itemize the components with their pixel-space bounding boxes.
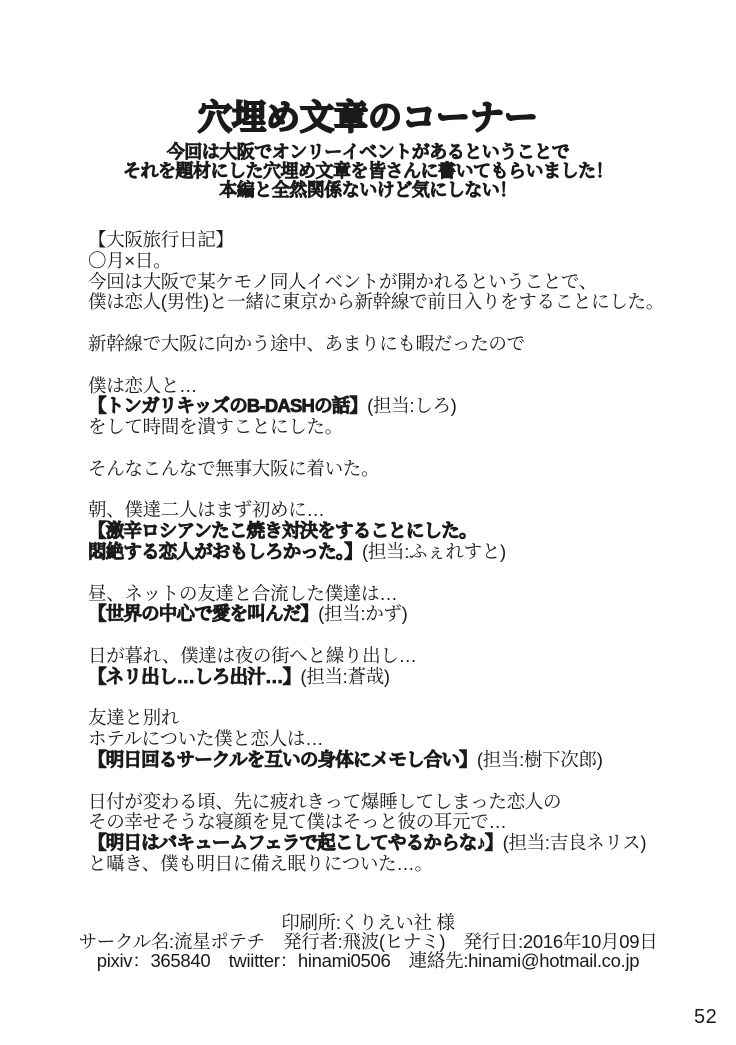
intro-line: 今回は大阪でオンリーイベントがあるということで (0, 143, 736, 162)
narration-text: をして時間を潰すことにした。 (88, 416, 343, 437)
narration-text: そんなこんなで無事大阪に着いた。 (88, 458, 379, 479)
narration-text: (担当:かず) (318, 603, 407, 624)
footer-line: サークル名:流星ポテチ 発行者:飛波(ヒナミ) 発行日:2016年10月09日 (0, 932, 736, 951)
intro-line: 本編と全然関係ないけど気にしない！ (0, 181, 736, 200)
blank-line (88, 625, 688, 646)
text-line: 【激辛ロシアンたこ焼き対決をすることにした。 (88, 521, 688, 542)
narration-text: 日が暮れ、僕達は夜の街へと繰り出し… (88, 645, 417, 666)
intro-lines: 今回は大阪でオンリーイベントがあるということでそれを題材にした穴埋め文章を皆さん… (0, 143, 736, 200)
footer-line: 印刷所:くりえい社 様 (0, 913, 736, 932)
blank-line (88, 438, 688, 459)
fill-in-phrase: 【明日回るサークルを互いの身体にメモし合い】 (88, 749, 477, 770)
text-line: 友達と別れ (88, 708, 688, 729)
narration-text: (担当:樹下次郎) (477, 749, 603, 770)
text-line: ホテルについた僕と恋人は… (88, 729, 688, 750)
narration-text: (担当:しろ) (367, 395, 456, 416)
page-number: 52 (694, 1006, 717, 1029)
blank-line (88, 480, 688, 501)
text-line: 悶絶する恋人がおもしろかった。】(担当:ふぇれすと) (88, 542, 688, 563)
fill-in-phrase: 【激辛ロシアンたこ焼き対決をすることにした。 (88, 520, 477, 541)
fill-in-phrase: 【世界の中心で愛を叫んだ】 (88, 603, 318, 624)
intro-line: それを題材にした穴埋め文章を皆さんに書いてもらいました！ (0, 162, 736, 181)
blank-line (88, 355, 688, 376)
blank-line (88, 313, 688, 334)
narration-text: ホテルについた僕と恋人は… (88, 728, 323, 749)
text-line: 【大阪旅行日記】 (88, 230, 688, 251)
narration-text: 〇月×日。 (88, 250, 171, 271)
text-line: 今回は大阪で某ケモノ同人イベントが開かれるということで、 (88, 272, 688, 293)
narration-text: 【大阪旅行日記】 (88, 229, 234, 250)
narration-text: 友達と別れ (88, 707, 179, 728)
blank-line (88, 563, 688, 584)
narration-text: 昼、ネットの友達と合流した僕達は… (88, 583, 397, 604)
text-line: 朝、僕達二人はまず初めに… (88, 500, 688, 521)
narration-text: 日付が変わる頃、先に疲れきって爆睡してしまった恋人の (88, 791, 561, 812)
text-line: その幸せそうな寝顔を見て僕はそっと彼の耳元で… (88, 812, 688, 833)
text-line: 新幹線で大阪に向かう途中、あまりにも暇だったので (88, 334, 688, 355)
credits-footer: 印刷所:くりえい社 様サークル名:流星ポテチ 発行者:飛波(ヒナミ) 発行日:2… (0, 913, 736, 970)
text-line: 【トンガリキッズのB-DASHの話】(担当:しろ) (88, 396, 688, 417)
page-header: 穴埋め文章のコーナー 今回は大阪でオンリーイベントがあるということでそれを題材に… (0, 98, 736, 200)
fill-in-phrase: 【明日はバキュームフェラで起こしてやるからな♪】 (88, 832, 503, 853)
body-text: 【大阪旅行日記】〇月×日。今回は大阪で某ケモノ同人イベントが開かれるということで… (88, 230, 688, 875)
scanned-doujin-page: 穴埋め文章のコーナー 今回は大阪でオンリーイベントがあるということでそれを題材に… (0, 0, 736, 1045)
narration-text: 僕は恋人と… (88, 375, 197, 396)
narration-text: その幸せそうな寝顔を見て僕はそっと彼の耳元で… (88, 811, 507, 832)
fill-in-phrase: 悶絶する恋人がおもしろかった。】 (88, 541, 362, 562)
narration-text: と囁き、僕も明日に備え眠りについた…。 (88, 853, 433, 874)
text-line: そんなこんなで無事大阪に着いた。 (88, 459, 688, 480)
fill-in-phrase: 【ネリ出し…しろ出汁…】 (88, 666, 300, 687)
text-line: 【明日はバキュームフェラで起こしてやるからな♪】(担当:吉良ネリス) (88, 833, 688, 854)
narration-text: (担当:吉良ネリス) (503, 832, 647, 853)
footer-lines: 印刷所:くりえい社 様サークル名:流星ポテチ 発行者:飛波(ヒナミ) 発行日:2… (0, 913, 736, 970)
page-title: 穴埋め文章のコーナー (0, 98, 736, 138)
narration-text: (担当:蒼哉) (300, 666, 389, 687)
narration-text: 僕は恋人(男性)と一緒に東京から新幹線で前日入りをすることにした。 (88, 291, 664, 312)
text-line: 僕は恋人(男性)と一緒に東京から新幹線で前日入りをすることにした。 (88, 292, 688, 313)
text-line: 〇月×日。 (88, 251, 688, 272)
narration-text: 今回は大阪で某ケモノ同人イベントが開かれるということで、 (88, 271, 597, 292)
blank-line (88, 771, 688, 792)
text-line: をして時間を潰すことにした。 (88, 417, 688, 438)
narration-text: (担当:ふぇれすと) (362, 541, 506, 562)
text-line: 【世界の中心で愛を叫んだ】(担当:かず) (88, 604, 688, 625)
text-line: と囁き、僕も明日に備え眠りについた…。 (88, 854, 688, 875)
blank-line (88, 688, 688, 709)
fill-in-phrase: 【トンガリキッズのB-DASHの話】 (88, 395, 367, 416)
footer-line: pixiv：365840 twiitter：hinami0506 連絡先:hin… (0, 951, 736, 970)
text-line: 昼、ネットの友達と合流した僕達は… (88, 584, 688, 605)
narration-text: 朝、僕達二人はまず初めに… (88, 499, 325, 520)
text-line: 【ネリ出し…しろ出汁…】(担当:蒼哉) (88, 667, 688, 688)
text-line: 【明日回るサークルを互いの身体にメモし合い】(担当:樹下次郎) (88, 750, 688, 771)
text-line: 僕は恋人と… (88, 376, 688, 397)
text-line: 日が暮れ、僕達は夜の街へと繰り出し… (88, 646, 688, 667)
narration-text: 新幹線で大阪に向かう途中、あまりにも暇だったので (88, 333, 525, 354)
text-line: 日付が変わる頃、先に疲れきって爆睡してしまった恋人の (88, 792, 688, 813)
